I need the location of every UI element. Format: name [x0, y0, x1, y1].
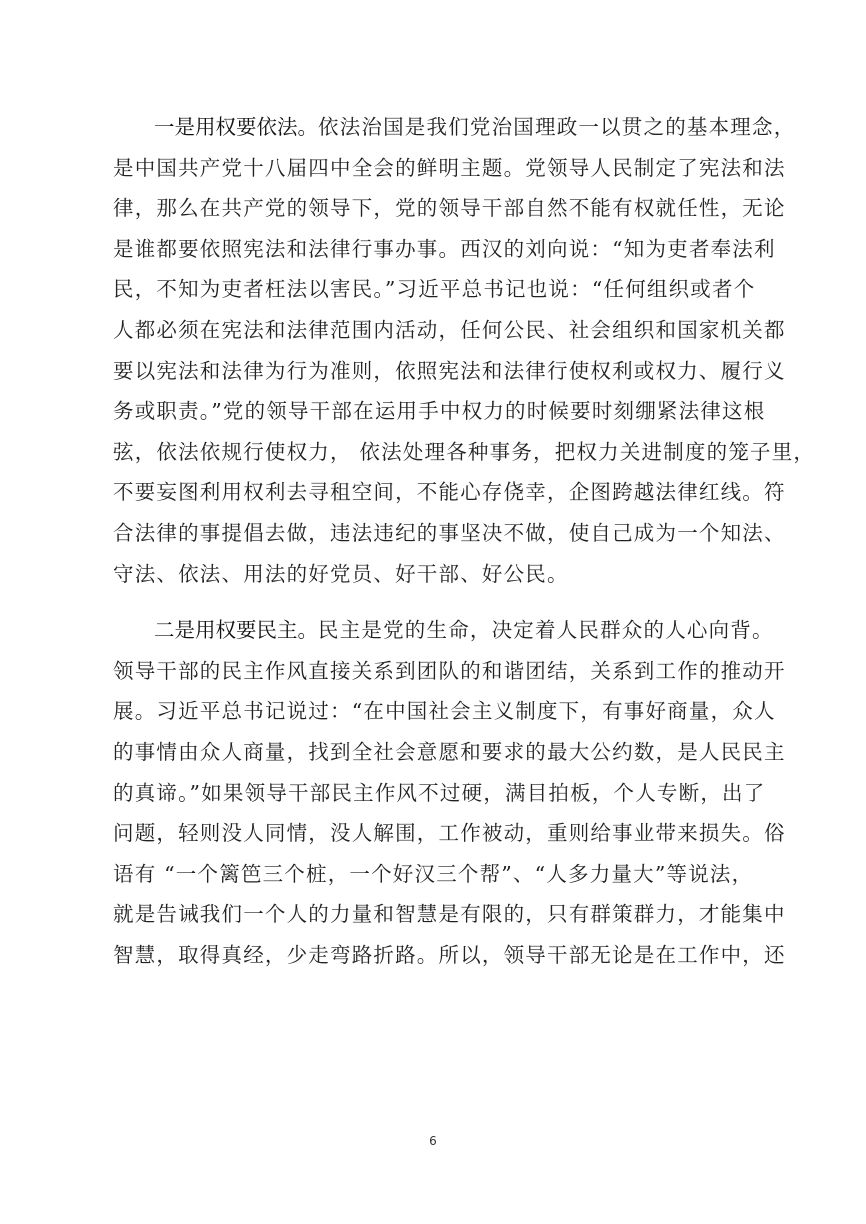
paragraph-line: 展。习近平总书记说过：“在中国社会主义制度下，有事好商量，众人	[113, 691, 763, 732]
paragraph-line: 民，不知为吏者枉法以害民。”习近平总书记也说：“任何组织或者个	[113, 269, 763, 310]
paragraph-line: 弦，依法依规行使权力， 依法处理各种事务，把权力关进制度的笼子里，	[113, 432, 763, 473]
paragraph-line: 人都必须在宪法和法律范围内活动，任何公民、社会组织和国家机关都	[113, 310, 763, 351]
paragraph-line: 守法、依法、用法的好党员、好干部、好公民。	[113, 554, 763, 595]
paragraph-line: 要以宪法和法律为行为准则，依照宪法和法律行使权利或权力、履行义	[113, 351, 763, 392]
document-body: 一是用权要依法。依法治国是我们党治国理政一以贯之的基本理念， 是中国共产党十八届…	[113, 107, 763, 975]
paragraph-line: 的真谛。”如果领导干部民主作风不过硬，满目拍板，个人专断，出了	[113, 773, 763, 814]
document-page: 一是用权要依法。依法治国是我们党治国理政一以贯之的基本理念， 是中国共产党十八届…	[0, 0, 866, 1224]
paragraph-lead-heading: 一是用权要依法。	[154, 115, 318, 139]
paragraph-line: 二是用权要民主。民主是党的生命，决定着人民群众的人心向背。	[113, 610, 763, 651]
paragraph-rule-of-law: 一是用权要依法。依法治国是我们党治国理政一以贯之的基本理念， 是中国共产党十八届…	[113, 107, 763, 594]
page-number: 6	[0, 1134, 866, 1148]
paragraph-line: 语有 “一个篱笆三个桩，一个好汉三个帮”、“人多力量大”等说法，	[113, 854, 763, 895]
paragraph-line: 智慧，取得真经，少走弯路折路。所以，领导干部无论是在工作中，还	[113, 935, 763, 976]
paragraph-line: 合法律的事提倡去做，违法违纪的事坚决不做，使自己成为一个知法、	[113, 513, 763, 554]
paragraph-line: 就是告诫我们一个人的力量和智慧是有限的，只有群策群力，才能集中	[113, 894, 763, 935]
paragraph-line: 是谁都要依照宪法和法律行事办事。西汉的刘向说：“知为吏者奉法利	[113, 229, 763, 270]
paragraph-line: 是中国共产党十八届四中全会的鲜明主题。党领导人民制定了宪法和法	[113, 148, 763, 189]
paragraph-line: 领导干部的民主作风直接关系到团队的和谐团结，关系到工作的推动开	[113, 651, 763, 692]
paragraph-line: 务或职责。”党的领导干部在运用手中权力的时候要时刻绷紧法律这根	[113, 391, 763, 432]
paragraph-line: 问题，轻则没人同情，没人解围，工作被动，重则给事业带来损失。俗	[113, 813, 763, 854]
paragraph-democracy: 二是用权要民主。民主是党的生命，决定着人民群众的人心向背。 领导干部的民主作风直…	[113, 610, 763, 975]
paragraph-line: 律，那么在共产党的领导下，党的领导干部自然不能有权就任性，无论	[113, 188, 763, 229]
paragraph-line: 的事情由众人商量，找到全社会意愿和要求的最大公约数，是人民民主	[113, 732, 763, 773]
paragraph-lead-heading: 二是用权要民主。	[154, 618, 318, 642]
paragraph-line: 不要妄图利用权利去寻租空间，不能心存侥幸，企图跨越法律红线。符	[113, 472, 763, 513]
paragraph-line: 一是用权要依法。依法治国是我们党治国理政一以贯之的基本理念，	[113, 107, 763, 148]
